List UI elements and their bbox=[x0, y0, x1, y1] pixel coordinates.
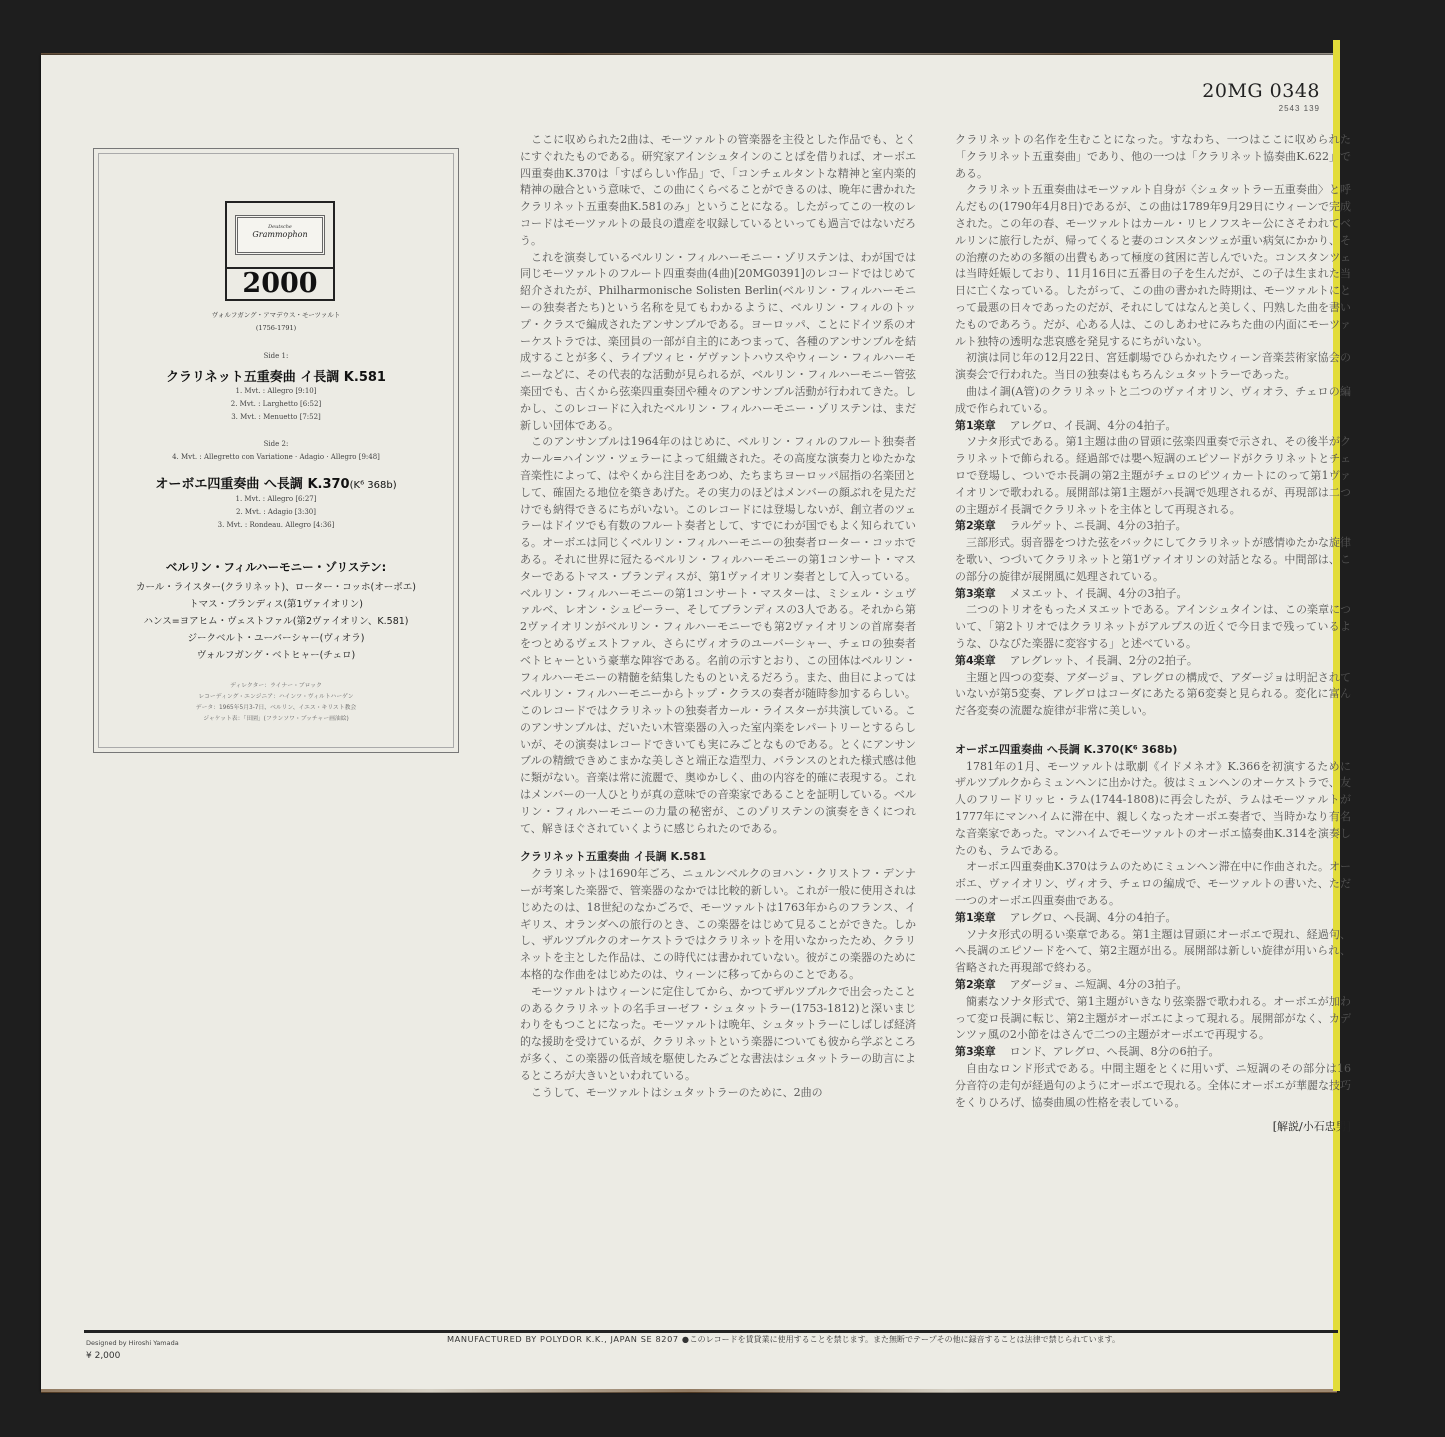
movement-spec: アレグレット、イ長調、2分の2拍子。 bbox=[1010, 654, 1198, 667]
dg-frame-icon: Deutsche Grammophon bbox=[235, 215, 325, 255]
dg-2000-logo: Deutsche Grammophon 2000 bbox=[225, 201, 335, 301]
legal-notice-jp: このレコードを賃貸業に使用することを禁じます。また無断でテープその他に録音するこ… bbox=[690, 1335, 1120, 1344]
tracklist-panel: Deutsche Grammophon 2000 ヴォルフガング・アマデウス・モ… bbox=[93, 148, 459, 753]
movement-spec: アダージョ、ニ短調、4分の3拍子。 bbox=[1010, 978, 1188, 991]
work1-movement: 2. Mvt. : Larghetto [6:52] bbox=[99, 400, 453, 408]
movement-heading: 第2楽章ラルゲット、ニ長調、4分の3拍子。 bbox=[955, 518, 1351, 535]
liner-paragraph: こうして、モーツァルトはシュタットラーのために、2曲の bbox=[520, 1085, 916, 1102]
series-2000-label: 2000 bbox=[227, 269, 333, 299]
work1-movement: 3. Mvt. : Menuetto [7:52] bbox=[99, 413, 453, 421]
ensemble-member: トマス・ブランディス(第1ヴァイオリン) bbox=[99, 596, 453, 610]
movement-description: ソナタ形式の明るい楽章である。第1主題は冒頭にオーボエで現れ、経過句、へ長調のエ… bbox=[955, 927, 1351, 977]
liner-paragraph: クラリネット五重奏曲はモーツァルト自身が〈シュタットラー五重奏曲〉と呼んだもの(… bbox=[955, 182, 1351, 350]
liner-paragraph: 曲はイ調(A管)のクラリネットと二つのヴァイオリン、ヴィオラ、チェロの編成で作ら… bbox=[955, 384, 1351, 418]
work2-title: オーボエ四重奏曲 へ長調 K.370(K⁶ 368b) bbox=[99, 473, 453, 492]
composer-name: ヴォルフガング・アマデウス・モーツァルト bbox=[99, 310, 453, 319]
footer-rule bbox=[84, 1330, 1338, 1333]
author-credit: [解説/小石忠男] bbox=[955, 1119, 1351, 1136]
movement-number: 第1楽章 bbox=[955, 419, 996, 432]
liner-paragraph: クラリネットの名作を生むことになった。すなわち、一つはここに収められた「クラリネ… bbox=[955, 132, 1351, 182]
liner-paragraph: ここに収められた2曲は、モーツァルトの管楽器を主役とした作品でも、とくにすぐれた… bbox=[520, 132, 916, 250]
catalog-sub-number: 2543 139 bbox=[1202, 104, 1320, 113]
production-credit: ディレクター：ライナー・ブロック bbox=[99, 680, 453, 689]
movement-number: 第2楽章 bbox=[955, 519, 996, 532]
ensemble-member: ジークベルト・ユーバーシャー(ヴィオラ) bbox=[99, 630, 453, 644]
section-heading-k370: オーボエ四重奏曲 へ長調 K.370(K⁶ 368b) bbox=[955, 742, 1351, 759]
catalog-number-block: 20MG 0348 2543 139 bbox=[1202, 80, 1320, 113]
ensemble-member: ヴォルフガング・ベトヒャー(チェロ) bbox=[99, 647, 453, 661]
tracklist-panel-inner-border: Deutsche Grammophon 2000 ヴォルフガング・アマデウス・モ… bbox=[98, 153, 454, 748]
movement-heading: 第2楽章アダージョ、ニ短調、4分の3拍子。 bbox=[955, 977, 1351, 994]
liner-notes-column-1: ここに収められた2曲は、モーツァルトの管楽器を主役とした作品でも、とくにすぐれた… bbox=[520, 132, 916, 1101]
movement-description: 二つのトリオをもったメヌエットである。アインシュタインは、この楽章について、「第… bbox=[955, 602, 1351, 652]
work2-kv-number: (K⁶ 368b) bbox=[350, 480, 397, 491]
price-label: ¥ 2,000 bbox=[86, 1351, 120, 1361]
movement-number: 第3楽章 bbox=[955, 587, 996, 600]
movement-description: 簡素なソナタ形式で、第1主題がいきなり弦楽器で歌われる。オーボエが加わって変ロ長… bbox=[955, 994, 1351, 1044]
movement-description: 自由なロンド形式である。中間主題をとくに用いず、ニ短調のその部分は16分音符の走… bbox=[955, 1061, 1351, 1111]
ensemble-member: ハンス=ヨアヒム・ヴェストファル(第2ヴァイオリン、K.581) bbox=[99, 613, 453, 627]
movement-description: 主題と四つの変奏、アダージョ、アレグロの構成で、アダージョは明記されていないが第… bbox=[955, 670, 1351, 720]
cover-bottom-edge-wear bbox=[41, 1389, 1337, 1393]
side2-label: Side 2: bbox=[99, 440, 453, 448]
movement-heading: 第1楽章アレグロ、イ長調、4分の4拍子。 bbox=[955, 418, 1351, 435]
work2-movement: 3. Mvt. : Rondeau. Allegro [4:36] bbox=[99, 521, 453, 529]
movement-spec: アレグロ、イ長調、4分の4拍子。 bbox=[1010, 419, 1177, 432]
movement-number: 第2楽章 bbox=[955, 978, 996, 991]
designer-credit: Designed by Hiroshi Yamada bbox=[86, 1339, 179, 1347]
dg-cartouche: Deutsche Grammophon bbox=[227, 203, 333, 269]
catalog-number: 20MG 0348 bbox=[1202, 80, 1320, 102]
work1-movement-4: 4. Mvt. : Allegretto con Variatione · Ad… bbox=[99, 453, 453, 461]
movement-number: 第1楽章 bbox=[955, 911, 996, 924]
liner-paragraph: オーボエ四重奏曲K.370はラムのためにミュンヘン滞在中に作曲された。オーボエ、… bbox=[955, 859, 1351, 909]
movement-spec: ロンド、アレグロ、へ長調、8分の6拍子。 bbox=[1010, 1045, 1220, 1058]
movement-heading: 第3楽章ロンド、アレグロ、へ長調、8分の6拍子。 bbox=[955, 1044, 1351, 1061]
liner-notes-column-2: クラリネットの名作を生むことになった。すなわち、一つはここに収められた「クラリネ… bbox=[955, 132, 1351, 1136]
movement-spec: アレグロ、へ長調、4分の4拍子。 bbox=[1010, 911, 1177, 924]
movement-description: 三部形式。弱音器をつけた弦をバックにしてクラリネットが感情ゆたかな旋律を歌い、つ… bbox=[955, 535, 1351, 585]
work2-movement: 2. Mvt. : Adagio [3:30] bbox=[99, 508, 453, 516]
dg-brand-line2: Grammophon bbox=[238, 230, 322, 239]
side1-label: Side 1: bbox=[99, 352, 453, 360]
movement-number: 第4楽章 bbox=[955, 654, 996, 667]
movement-spec: メヌエット、イ長調、4分の3拍子。 bbox=[1010, 587, 1188, 600]
movement-spec: ラルゲット、ニ長調、4分の3拍子。 bbox=[1010, 519, 1187, 532]
work1-movement: 1. Mvt. : Allegro [9:10] bbox=[99, 387, 453, 395]
ensemble-name: ベルリン・フィルハーモニー・ゾリステン: bbox=[99, 559, 453, 575]
manufacturer-text: MANUFACTURED BY POLYDOR K.K., JAPAN SE 8… bbox=[447, 1334, 690, 1344]
legal-notice: MANUFACTURED BY POLYDOR K.K., JAPAN SE 8… bbox=[447, 1334, 1120, 1345]
work1-title: クラリネット五重奏曲 イ長調 K.581 bbox=[99, 366, 453, 385]
work2-title-text: オーボエ四重奏曲 へ長調 K.370 bbox=[155, 477, 349, 492]
movement-heading: 第1楽章アレグロ、へ長調、4分の4拍子。 bbox=[955, 910, 1351, 927]
ensemble-member: カール・ライスター(クラリネット)、ローター・コッホ(オーボエ) bbox=[99, 579, 453, 593]
production-credit: ジャケット表：「田園」(フランソワ・ブッチャー画油絵) bbox=[99, 713, 453, 722]
movement-number: 第3楽章 bbox=[955, 1045, 996, 1058]
liner-paragraph: 初演は同じ年の12月22日、宮廷劇場でひらかれたウィーン音楽芸術家協会の演奏会で… bbox=[955, 350, 1351, 384]
movement-heading: 第3楽章メヌエット、イ長調、4分の3拍子。 bbox=[955, 586, 1351, 603]
liner-paragraph: このアンサンブルは1964年のはじめに、ベルリン・フィルのフルート独奏者カール=… bbox=[520, 434, 916, 837]
liner-paragraph: クラリネットは1690年ごろ、ニュルンベルクのヨハン・クリストフ・デンナーが考案… bbox=[520, 866, 916, 984]
liner-paragraph: モーツァルトはウィーンに定住してから、かつてザルツブルクで出会ったことのあるクラ… bbox=[520, 984, 916, 1085]
liner-paragraph: これを演奏しているベルリン・フィルハーモニー・ゾリステンは、わが国では同じモーツ… bbox=[520, 250, 916, 435]
section-heading-k581: クラリネット五重奏曲 イ長調 K.581 bbox=[520, 849, 916, 866]
work2-movement: 1. Mvt. : Allegro [6:27] bbox=[99, 495, 453, 503]
production-credit: データ：1965年5月3-7日、ベルリン、イエス・キリスト教会 bbox=[99, 702, 453, 711]
movement-description: ソナタ形式である。第1主題は曲の冒頭に弦楽四重奏で示され、その後半がクラリネット… bbox=[955, 434, 1351, 518]
production-credit: レコーディング・エンジニア：ハインツ・ヴィルトハーゲン bbox=[99, 691, 453, 700]
liner-paragraph: 1781年の1月、モーツァルトは歌劇《イドメネオ》K.366を初演するためにザル… bbox=[955, 759, 1351, 860]
movement-heading: 第4楽章アレグレット、イ長調、2分の2拍子。 bbox=[955, 653, 1351, 670]
composer-years: (1756-1791) bbox=[99, 324, 453, 332]
